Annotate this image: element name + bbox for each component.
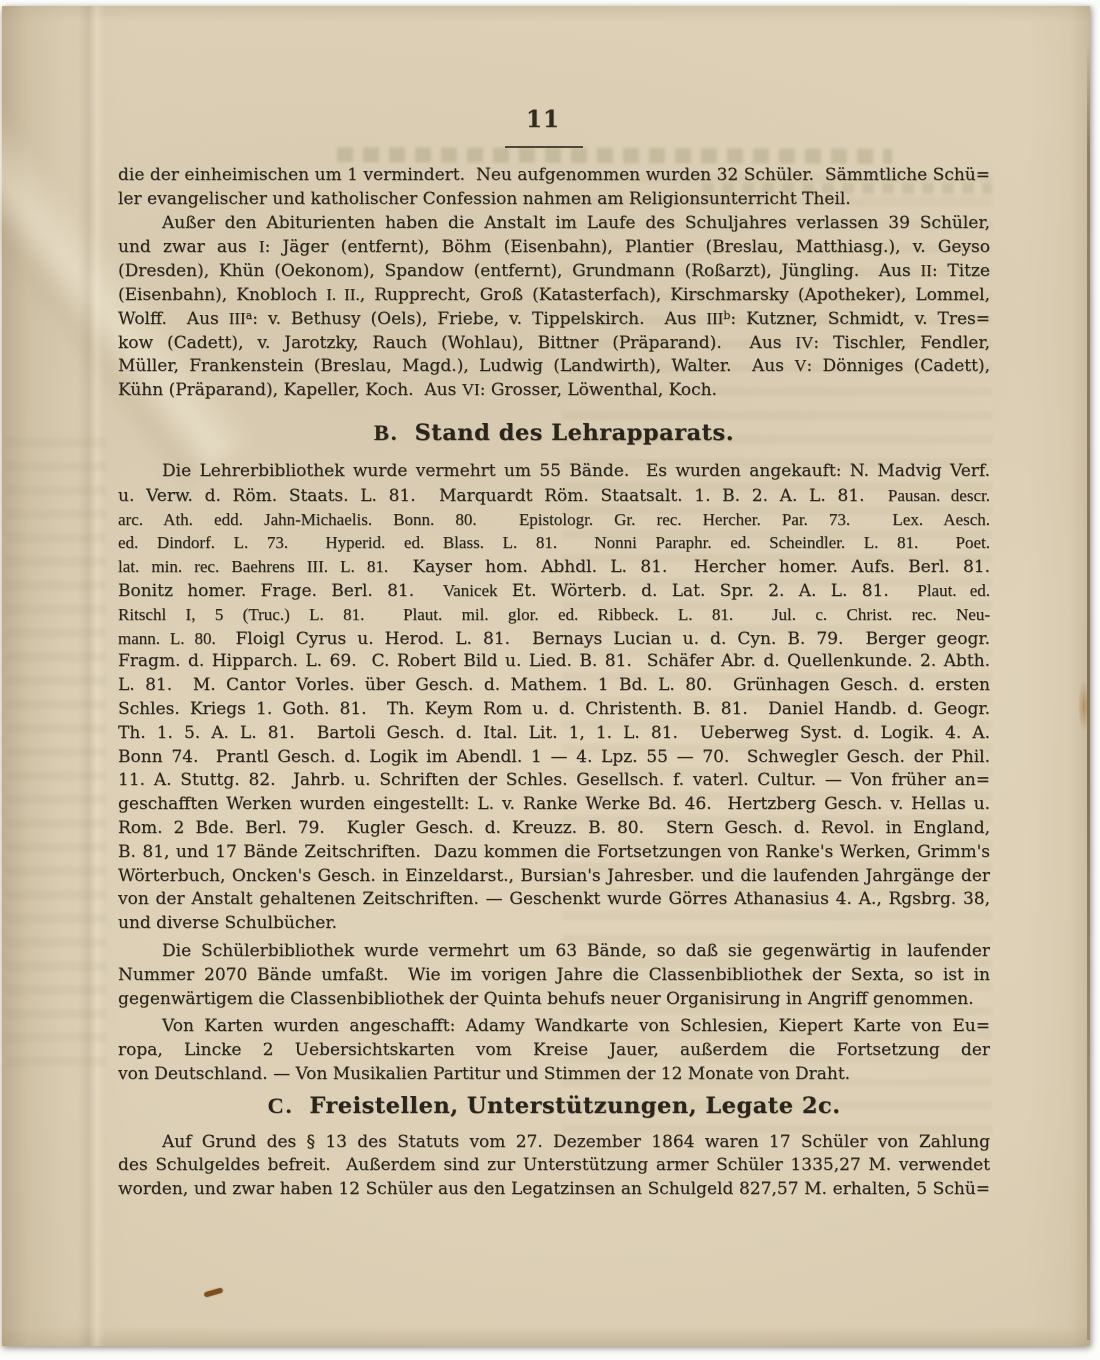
text-line: u. Verw. d. Röm. Staats. L. 81. Marquard… [118,484,990,508]
text-line: Wörterbuch, Oncken's Gesch. in Einzeldar… [118,865,990,889]
text-line: Ritschl I, 5 (Truc.) L. 81. Plaut. mil. … [118,603,990,627]
text-segment: : Jäger (entfernt), Böhm (Eisenbahn), Pl… [265,237,990,257]
text-segment: Ritschl I, 5 (Truc.) L. 81. Plaut. mil. … [118,605,990,624]
showthrough-heading-smudge [337,147,892,164]
section-heading-c: C.Freistellen, Unterstützungen, Legate 2… [118,1091,990,1121]
heading-title-c: Freistellen, Unterstützungen, Legate 2c. [309,1093,840,1119]
text-line: Die Schülerbibliothek wurde vermehrt um … [118,940,990,964]
text-segment: Müller, Frankenstein (Breslau, Magd.), L… [118,356,794,376]
text-line: Wolff. Aus IIIa: v. Bethusy (Oels), Frie… [118,307,990,331]
text-segment: arc. Ath. edd. Jahn-Michaelis. Bonn. 80.… [118,510,990,529]
paper-sheet: 11 die der einheimischen um 1 vermindert… [2,6,1090,1346]
text-line: lat. min. rec. Baehrens III. L. 81. Kays… [118,555,990,579]
text-line: des Schulgeldes befreit. Außerdem sind z… [118,1154,990,1178]
heading-letter-b: B. [374,420,399,445]
text-line: Schles. Kriegs 1. Goth. 81. Th. Keym Rom… [118,698,990,722]
text-segment: III [706,309,723,328]
text-line: Auf Grund des § 13 des Statuts vom 27. D… [118,1131,990,1155]
heading-title-b: Stand des Lehrapparats. [415,420,735,446]
text-segment: VI [462,380,480,399]
text-segment: : Grosser, Löwenthal, Koch. [480,380,717,400]
section-heading-b: B.Stand des Lehrapparats. [118,418,990,448]
text-segment: kow (Cadett), v. Jarotzky, Rauch (Wohlau… [118,333,795,353]
text-line: von Deutschland. — Von Musikalien Partit… [118,1063,990,1087]
text-segment: IV [795,333,813,352]
text-segment: : Tischler, Fendler, [813,333,990,353]
text-line: Nummer 2070 Bände umfaßt. Wie im vorigen… [118,964,990,988]
paper-crease [78,6,104,1346]
text-line: Müller, Frankenstein (Breslau, Magd.), L… [118,354,990,378]
text-segment: Wolff. Aus [118,309,229,329]
text-segment: Vanicek [443,581,498,600]
text-segment: Et. Wörterb. d. Lat. Spr. 2. A. L. 81. [498,581,918,601]
text-line: ler evangelischer und katholischer Confe… [118,188,990,212]
text-segment: (Dresden), Khün (Oekonom), Spandow (entf… [118,261,921,281]
text-segment: (Eisenbahn), Knobloch [118,285,326,305]
text-line: B. 81, und 17 Bände Zeitschriften. Dazu … [118,841,990,865]
text-segment: Kayser hom. Abhdl. L. 81. Hercher homer.… [412,557,990,577]
text-line: geschafften Werken wurden eingestellt: L… [118,793,990,817]
text-line: arc. Ath. edd. Jahn-Michaelis. Bonn. 80.… [118,508,990,532]
text-block: die der einheimischen um 1 vermindert. N… [118,164,990,1202]
text-line: von der Anstalt gehaltenen Zeitschriften… [118,888,990,912]
text-segment: Plaut. ed. [917,581,990,600]
page-number: 11 [2,106,1084,133]
paragraph: Auf Grund des § 13 des Statuts vom 27. D… [118,1131,990,1202]
text-line: ropa, Lincke 2 Uebersichtskarten vom Kre… [118,1039,990,1063]
paragraph: Die Schülerbibliothek wurde vermehrt um … [118,940,990,1011]
paragraph: die der einheimischen um 1 vermindert. N… [118,164,990,212]
text-line: Fragm. d. Hipparch. L. 69. C. Robert Bil… [118,650,990,674]
text-line: Die Lehrerbibliothek wurde vermehrt um 5… [118,460,990,484]
text-segment: : Dönniges (Cadett), [806,356,990,376]
text-segment: Floigl Cyrus u. Herod. L. 81. Bernays Lu… [236,629,990,649]
text-line: und diverse Schulbücher. [118,912,990,936]
text-line: kow (Cadett), v. Jarotzky, Rauch (Wohlau… [118,331,990,355]
heading-letter-c: C. [267,1093,293,1118]
text-line: (Dresden), Khün (Oekonom), Spandow (entf… [118,259,990,283]
text-line: L. 81. M. Cantor Vorles. über Gesch. d. … [118,674,990,698]
text-line: gegenwärtigem die Classenbibliothek der … [118,988,990,1012]
text-line: Bonitz homer. Frage. Berl. 81. Vanicek E… [118,579,990,603]
text-line: die der einheimischen um 1 vermindert. N… [118,164,990,188]
text-line: (Eisenbahn), Knobloch I. II., Rupprecht,… [118,283,990,307]
text-line: ed. Dindorf. L. 73. Hyperid. ed. Blass. … [118,531,990,555]
scanned-page-background: { "page": { "number": "11" }, "document"… [0,0,1100,1360]
text-segment: ed. Dindorf. L. 73. Hyperid. ed. Blass. … [118,533,990,552]
text-line: Th. 1. 5. A. L. 81. Bartoli Gesch. d. It… [118,722,990,746]
text-segment: u. Verw. d. Röm. Staats. L. 81. Marquard… [118,486,888,506]
text-segment: : Titze [932,261,990,281]
rust-stain [1078,680,1090,732]
text-segment: Kühn (Präparand), Kapeller, Koch. Aus [118,380,462,400]
text-segment: lat. min. rec. Baehrens III. L. 81. [118,557,412,576]
paragraph: Die Lehrerbibliothek wurde vermehrt um 5… [118,460,990,936]
text-segment: mann. L. 80. [118,629,236,648]
text-segment: und zwar aus [118,237,259,257]
text-line: Außer den Abiturienten haben die Anstalt… [118,212,990,236]
text-line: und zwar aus I: Jäger (entfernt), Böhm (… [118,235,990,259]
text-segment: Pausan. descr. [888,486,990,505]
paragraph: Von Karten wurden angeschafft: Adamy Wan… [118,1015,990,1086]
text-segment: : Kutzner, Schmidt, v. Tres= [730,309,990,329]
text-segment: , Rupprecht, Groß (Katasterfach), Kirsch… [360,285,990,305]
text-segment: I. II. [326,285,359,304]
text-line: Bonn 74. Prantl Gesch. d. Logik im Abend… [118,746,990,770]
text-segment: III [229,309,246,328]
paragraph: Außer den Abiturienten haben die Anstalt… [118,212,990,402]
text-line: Rom. 2 Bde. Berl. 79. Kugler Gesch. d. K… [118,817,990,841]
text-segment: : v. Bethusy (Oels), Friebe, v. Tippelsk… [252,309,706,329]
text-line: mann. L. 80. Floigl Cyrus u. Herod. L. 8… [118,627,990,651]
ink-speck [204,1287,224,1297]
text-segment: Bonitz homer. Frage. Berl. 81. [118,581,443,601]
text-segment: V [794,356,806,375]
page-number-rule [505,146,583,148]
text-segment: II [921,261,932,280]
text-line: worden, und zwar haben 12 Schüler aus de… [118,1178,990,1202]
text-line: Von Karten wurden angeschafft: Adamy Wan… [118,1015,990,1039]
text-line: 11. A. Stuttg. 82. Jahrb. u. Schriften d… [118,769,990,793]
text-line: Kühn (Präparand), Kapeller, Koch. Aus VI… [118,378,990,402]
